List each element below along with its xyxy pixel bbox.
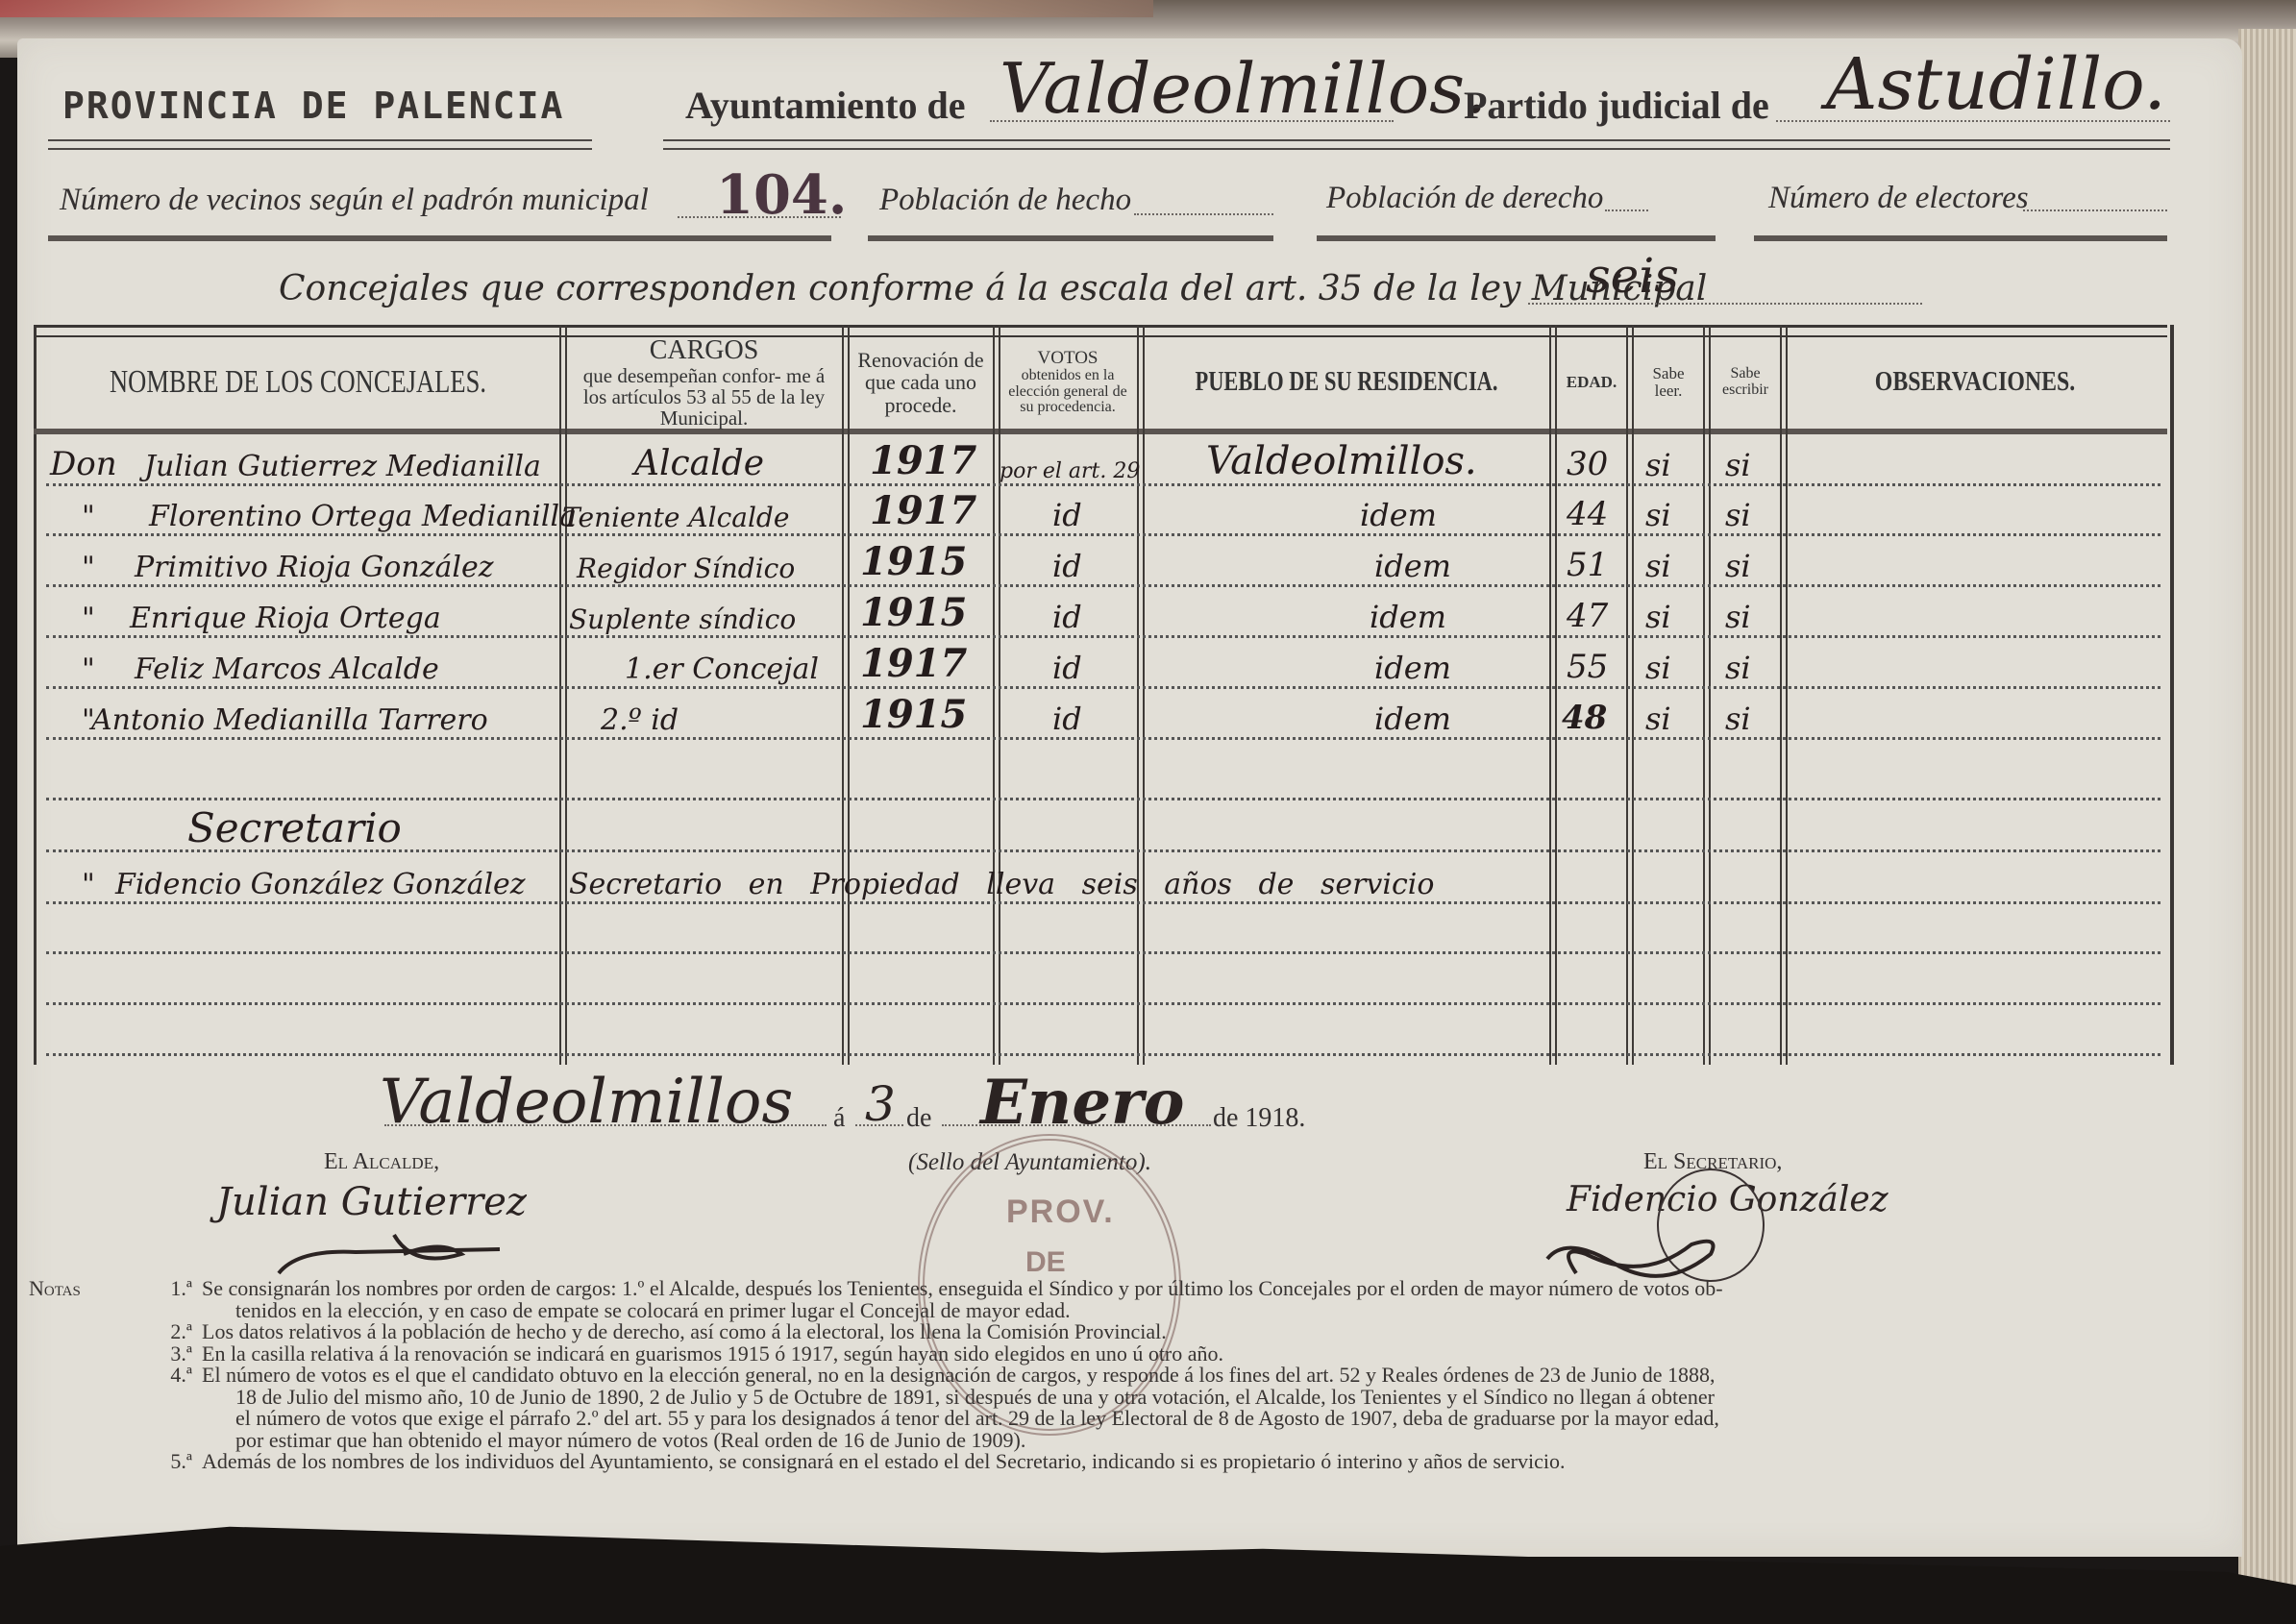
cell-votos: id xyxy=(1052,538,1082,584)
page-stack-edge xyxy=(2238,29,2296,1605)
cell-renovacion: 1915 xyxy=(860,538,967,584)
row-rule xyxy=(46,483,2160,486)
concejales-value: seis xyxy=(1586,248,1679,304)
cell-cargo: 1.er Concejal xyxy=(625,640,819,686)
cell-escribir: si xyxy=(1725,538,1751,584)
cell-escribir: si xyxy=(1725,589,1751,635)
note-text: Se consignarán los nombres por orden de … xyxy=(202,1278,1723,1300)
date-day: 3 xyxy=(865,1076,896,1132)
cell-cargo: Regidor Síndico xyxy=(577,538,795,584)
row-rule xyxy=(46,1002,2160,1005)
header-rule xyxy=(1444,139,2170,150)
ayuntamiento-value: Valdeolmillos. xyxy=(1000,48,1487,129)
header-cargos-title: CARGOS xyxy=(650,336,759,364)
cell-votos: id xyxy=(1052,691,1082,737)
note-item: 4.ª El número de votos es el que el cand… xyxy=(29,1365,2191,1387)
cell-prefix: " xyxy=(82,855,95,901)
cell-edad: 55 xyxy=(1567,640,1608,686)
ayuntamiento-label: Ayuntamiento de xyxy=(685,83,965,128)
date-a: á xyxy=(833,1103,845,1134)
row-rule xyxy=(46,901,2160,904)
cell-edad: 47 xyxy=(1567,589,1608,635)
cell-pueblo: idem xyxy=(1370,589,1446,635)
note-continuation: el número de votos que exige el párrafo … xyxy=(29,1408,2191,1430)
row-rule xyxy=(46,686,2160,689)
cell-votos: id xyxy=(1052,487,1082,533)
row-rule xyxy=(46,584,2160,587)
header-renovacion: Renovación de que cada uno procede. xyxy=(850,336,992,429)
cell-nombre: Fidencio González González xyxy=(115,855,526,901)
header-pueblo: PUEBLO DE SU RESIDENCIA. xyxy=(1185,336,1508,429)
row-rule xyxy=(46,533,2160,536)
note-text: El número de votos es el que el candidat… xyxy=(202,1365,1716,1387)
cell-edad: 51 xyxy=(1567,538,1608,584)
cell-leer: si xyxy=(1645,691,1671,737)
row-rule xyxy=(1754,235,2167,241)
cell-cargo: Suplente síndico xyxy=(569,589,796,635)
header-rule xyxy=(48,139,592,150)
cell-renovacion: 1917 xyxy=(870,437,976,483)
row-rule xyxy=(1317,235,1716,241)
cell-pueblo: idem xyxy=(1374,640,1451,686)
cell-nombre: Primitivo Rioja González xyxy=(135,538,494,584)
cell-pueblo: idem xyxy=(1374,538,1451,584)
stamp-text: PROV. xyxy=(1006,1193,1115,1231)
notes-label: Notas xyxy=(29,1278,154,1300)
date-de: de xyxy=(906,1103,931,1134)
note-number: 2.ª xyxy=(154,1321,202,1343)
cell-renovacion: 1915 xyxy=(860,589,967,635)
alcalde-signature: Julian Gutierrez xyxy=(216,1180,527,1224)
cell-votos: por el art. 29 xyxy=(1000,437,1140,483)
note-continuation: por estimar que han obtenido el mayor nú… xyxy=(29,1430,2191,1452)
row-rule xyxy=(46,635,2160,638)
row-rule xyxy=(48,235,831,241)
note-continuation: tenidos en la elección, y en caso de emp… xyxy=(29,1300,2191,1322)
row-rule xyxy=(46,1053,2160,1056)
vecinos-label: Número de vecinos según el padrón munici… xyxy=(60,183,649,218)
poblacion-hecho-dots xyxy=(1134,213,1273,215)
cell-nombre: Enrique Rioja Ortega xyxy=(130,589,441,635)
cell-leer: si xyxy=(1645,538,1671,584)
cell-cargo: 2.º id xyxy=(601,691,679,737)
vecinos-value: 104. xyxy=(716,163,847,227)
note-item: 5.ª Además de los nombres de los individ… xyxy=(29,1451,2191,1473)
cell-prefix: " xyxy=(82,589,95,635)
note-continuation: 18 de Julio del mismo año, 10 de Junio d… xyxy=(29,1387,2191,1409)
cell-edad: 30 xyxy=(1567,437,1608,483)
book-binding-color xyxy=(0,0,1153,17)
cell-prefix: " xyxy=(82,640,95,686)
note-number: 4.ª xyxy=(154,1365,202,1387)
table-header-rule xyxy=(34,429,2167,434)
header-sabe-escribir: Sabe escribir xyxy=(1711,336,1780,429)
header-edad: EDAD. xyxy=(1557,336,1626,429)
date-month: Enero xyxy=(980,1067,1184,1139)
note-item: 3.ª En la casilla relativa á la renovaci… xyxy=(29,1343,2191,1366)
cell-edad: 44 xyxy=(1567,487,1608,533)
note-text: Los datos relativos á la población de he… xyxy=(202,1321,1167,1343)
cell-leer: si xyxy=(1645,640,1671,686)
secretario-heading: Secretario xyxy=(187,798,402,851)
cell-nombre: Feliz Marcos Alcalde xyxy=(135,640,439,686)
cell-renovacion: 1917 xyxy=(870,487,976,533)
header-votos-title: VOTOS xyxy=(1038,349,1099,368)
alcalde-flourish-icon xyxy=(269,1225,557,1283)
cell-prefix: Don xyxy=(50,437,117,483)
note-item: Notas 1.ª Se consignarán los nombres por… xyxy=(29,1278,2191,1300)
cell-escribir: si xyxy=(1725,487,1751,533)
note-text: Además de los nombres de los individuos … xyxy=(202,1451,1565,1473)
cell-renovacion: 1915 xyxy=(860,691,967,737)
secretario-flourish-icon xyxy=(1528,1168,1778,1283)
notes-section: Notas 1.ª Se consignarán los nombres por… xyxy=(29,1278,2191,1473)
header-rule xyxy=(663,139,1446,150)
stamp-text: DE xyxy=(1025,1246,1066,1279)
alcalde-label: El Alcalde, xyxy=(324,1149,439,1175)
header-sabe-leer: Sabe leer. xyxy=(1634,336,1703,429)
cell-leer: si xyxy=(1645,589,1671,635)
cell-votos: id xyxy=(1052,640,1082,686)
date-dots xyxy=(384,1124,827,1126)
concejales-label: Concejales que corresponden conforme á l… xyxy=(279,269,1707,308)
note-number: 5.ª xyxy=(154,1451,202,1473)
cell-nombre: Julian Gutierrez Medianilla xyxy=(144,437,541,483)
cell-escribir: si xyxy=(1725,640,1751,686)
cell-escribir: si xyxy=(1725,691,1751,737)
cell-pueblo: idem xyxy=(1360,487,1437,533)
cell-nombre: Antonio Medianilla Tarrero xyxy=(91,691,488,737)
date-year: de 1918. xyxy=(1213,1103,1305,1134)
cell-escribir: si xyxy=(1725,437,1751,483)
header-cargos-sub: que desempeñan confor- me á los artículo… xyxy=(567,365,841,429)
cell-pueblo: Valdeolmillos. xyxy=(1206,437,1477,483)
cell-leer: si xyxy=(1645,437,1671,483)
note-number: 3.ª xyxy=(154,1343,202,1366)
electores-dots xyxy=(2023,209,2167,211)
note-number: 1.ª xyxy=(154,1278,202,1300)
cell-votos: id xyxy=(1052,589,1082,635)
cell-nombre: Florentino Ortega Medianilla xyxy=(149,487,577,533)
cell-leer: si xyxy=(1645,487,1671,533)
date-place: Valdeolmillos xyxy=(380,1067,793,1138)
cell-renovacion: 1917 xyxy=(860,640,967,686)
header-nombre: NOMBRE DE LOS CONCEJALES. xyxy=(95,336,500,429)
poblacion-derecho-label: Población de derecho xyxy=(1326,181,1603,216)
header-cargos: CARGOS que desempeñan confor- me á los a… xyxy=(567,336,841,429)
header-votos: VOTOS obtenidos en la elección general d… xyxy=(1000,336,1135,429)
poblacion-hecho-label: Población de hecho xyxy=(879,183,1131,218)
row-rule xyxy=(46,737,2160,740)
row-rule xyxy=(868,235,1273,241)
partido-label: Partido judicial de xyxy=(1464,83,1769,128)
cell-pueblo: idem xyxy=(1374,691,1451,737)
cell-prefix: " xyxy=(82,487,95,533)
note-text: En la casilla relativa á la renovación s… xyxy=(202,1343,1223,1366)
province-title: PROVINCIA DE PALENCIA xyxy=(62,85,564,127)
row-rule xyxy=(46,951,2160,954)
header-votos-sub: obtenidos en la elección general de su p… xyxy=(1000,368,1135,416)
header-observaciones: OBSERVACIONES. xyxy=(1815,336,2135,429)
cell-edad: 48 xyxy=(1562,691,1607,737)
cell-remark: Secretario en Propiedad lleva seis años … xyxy=(569,855,1434,901)
cell-prefix: " xyxy=(82,538,95,584)
cell-cargo: Alcalde xyxy=(634,437,764,483)
note-item: 2.ª Los datos relativos á la población d… xyxy=(29,1321,2191,1343)
cell-cargo: Teniente Alcalde xyxy=(562,487,789,533)
partido-value: Astudillo. xyxy=(1826,43,2166,126)
poblacion-derecho-dots xyxy=(1605,209,1648,211)
electores-label: Número de electores xyxy=(1768,181,2029,216)
